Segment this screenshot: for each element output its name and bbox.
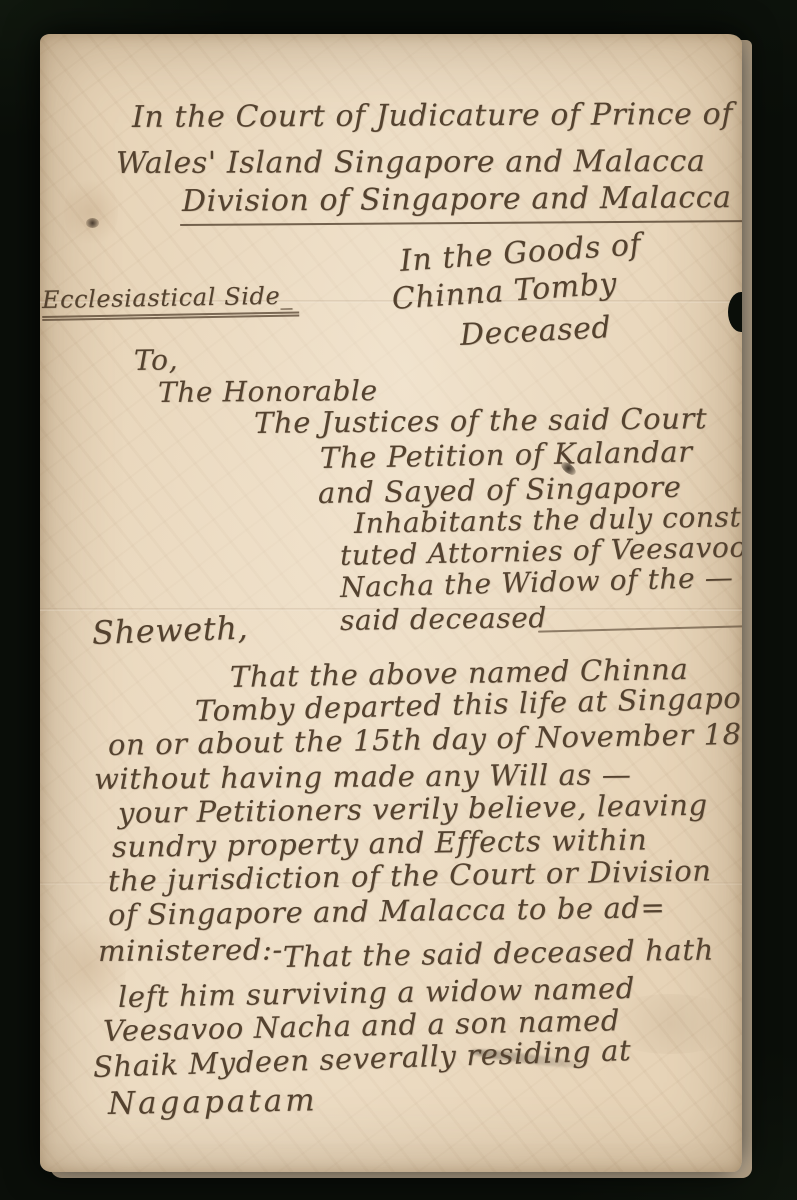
text-line: That the said deceased hath bbox=[283, 932, 714, 974]
side-label: Ecclesiastical Side_ bbox=[42, 282, 300, 321]
text-line: In the Court of Judicature of Prince of bbox=[132, 97, 733, 135]
text-line: The Petition of Kalandar bbox=[320, 434, 693, 474]
text-line: ministered:- bbox=[98, 932, 283, 968]
manuscript-page: In the Court of Judicature of Prince of … bbox=[40, 34, 742, 1172]
ink-spot bbox=[86, 218, 99, 228]
text-line: Nagapatam bbox=[108, 1082, 318, 1122]
text-line: Deceased bbox=[459, 310, 612, 353]
text-line: To, bbox=[134, 343, 179, 377]
text-line: Wales' Island Singapore and Malacca bbox=[116, 144, 706, 181]
flourish-line bbox=[538, 625, 742, 632]
text-line: The Honorable bbox=[158, 374, 378, 409]
text-line: of Singapore and Malacca to be ad= bbox=[108, 890, 666, 932]
edge-tear-notch bbox=[728, 292, 742, 332]
paper-stain bbox=[64, 174, 118, 250]
text-line: Sheweth, bbox=[91, 609, 248, 652]
scan-background: In the Court of Judicature of Prince of … bbox=[0, 0, 797, 1200]
text-line-underlined: Division of Singapore and Malacca bbox=[180, 180, 742, 226]
text-line: The Justices of the said Court bbox=[254, 401, 708, 440]
text-line: said deceased bbox=[340, 601, 547, 637]
